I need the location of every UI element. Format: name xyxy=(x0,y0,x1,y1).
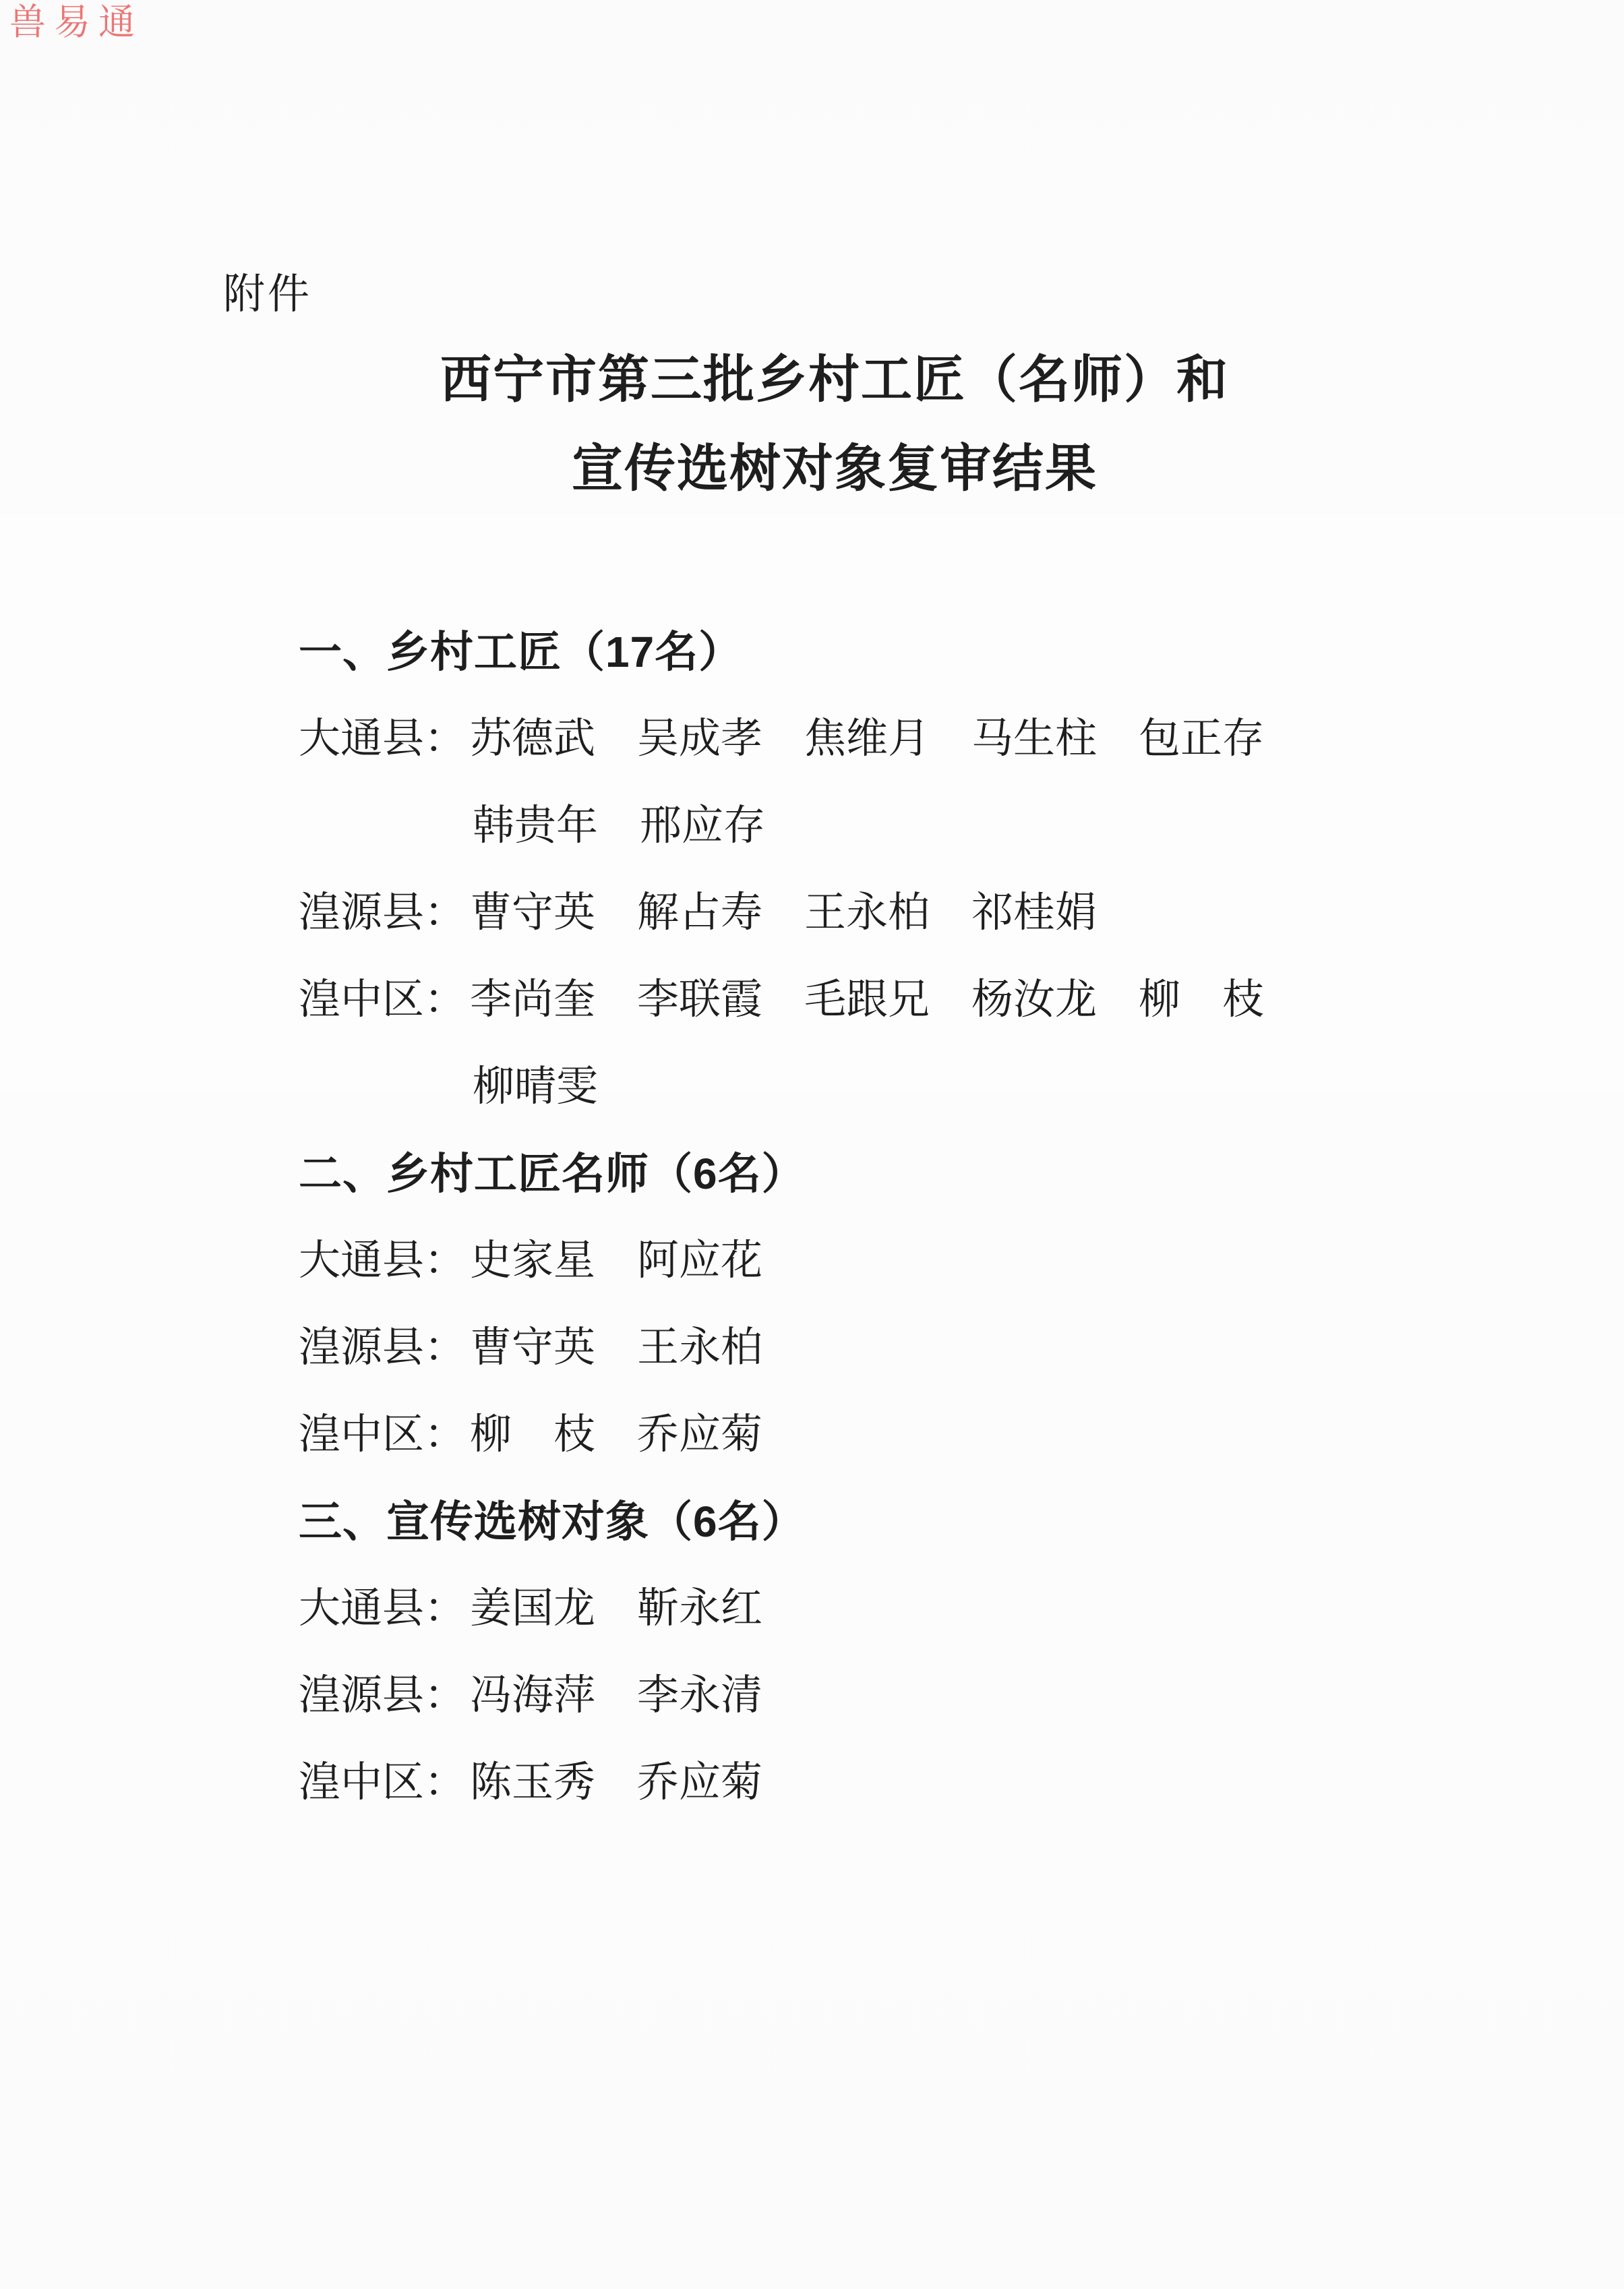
document-title-line1: 西宁市第三批乡村工匠（名师）和 xyxy=(299,336,1371,425)
list-item: 大通县：姜国龙 靳永红 xyxy=(299,1566,1445,1653)
names-text: 姜国龙 靳永红 xyxy=(470,1586,762,1632)
document-body: 一、乡村工匠（17名） 大通县：苏德武 吴成孝 焦维月 马生柱 包正存 韩贵年 … xyxy=(299,609,1445,1826)
region-label: 大通县： xyxy=(299,1566,470,1653)
region-label: 湟中区： xyxy=(299,1740,470,1826)
list-item-continuation: 韩贵年 邢应存 xyxy=(299,783,1445,870)
names-text: 柳晴雯 xyxy=(473,1064,598,1110)
region-label: 大通县： xyxy=(299,696,470,783)
region-label: 大通县： xyxy=(299,1218,470,1305)
document-page: 兽易通 附件 西宁市第三批乡村工匠（名师）和 宣传选树对象复审结果 一、乡村工匠… xyxy=(0,0,1624,2289)
names-text: 史家星 阿应花 xyxy=(470,1238,762,1284)
list-item: 湟源县：曹守英 解占寿 王永柏 祁桂娟 xyxy=(299,870,1445,957)
list-item: 湟源县：曹守英 王永柏 xyxy=(299,1305,1445,1392)
names-text: 曹守英 王永柏 xyxy=(470,1325,762,1371)
region-label: 湟中区： xyxy=(299,957,470,1044)
list-item: 大通县：苏德武 吴成孝 焦维月 马生柱 包正存 xyxy=(299,696,1445,783)
region-label: 湟源县： xyxy=(299,1653,470,1740)
section-heading-1: 一、乡村工匠（17名） xyxy=(299,609,1445,696)
watermark-text: 兽易通 xyxy=(9,0,143,45)
names-text: 陈玉秀 乔应菊 xyxy=(470,1760,762,1806)
names-text: 苏德武 吴成孝 焦维月 马生柱 包正存 xyxy=(470,716,1264,762)
section-heading-3: 三、宣传选树对象（6名） xyxy=(299,1479,1445,1566)
names-text: 李尚奎 李联霞 毛跟兄 杨汝龙 柳 枝 xyxy=(470,977,1264,1023)
region-label: 湟中区： xyxy=(299,1392,470,1479)
document-title: 西宁市第三批乡村工匠（名师）和 宣传选树对象复审结果 xyxy=(299,336,1371,514)
attachment-label: 附件 xyxy=(223,260,312,320)
list-item: 湟中区：柳 枝 乔应菊 xyxy=(299,1392,1445,1479)
region-label: 湟源县： xyxy=(299,870,470,957)
names-text: 曹守英 解占寿 王永柏 祁桂娟 xyxy=(470,890,1097,936)
document-title-line2: 宣传选树对象复审结果 xyxy=(299,425,1371,514)
list-item-continuation: 柳晴雯 xyxy=(299,1044,1445,1131)
list-item: 湟中区：陈玉秀 乔应菊 xyxy=(299,1740,1445,1826)
names-text: 冯海萍 李永清 xyxy=(470,1673,762,1719)
list-item: 湟中区：李尚奎 李联霞 毛跟兄 杨汝龙 柳 枝 xyxy=(299,957,1445,1044)
region-label: 湟源县： xyxy=(299,1305,470,1392)
names-text: 韩贵年 邢应存 xyxy=(473,803,765,849)
list-item: 大通县：史家星 阿应花 xyxy=(299,1218,1445,1305)
list-item: 湟源县：冯海萍 李永清 xyxy=(299,1653,1445,1740)
names-text: 柳 枝 乔应菊 xyxy=(470,1412,762,1458)
section-heading-2: 二、乡村工匠名师（6名） xyxy=(299,1131,1445,1218)
